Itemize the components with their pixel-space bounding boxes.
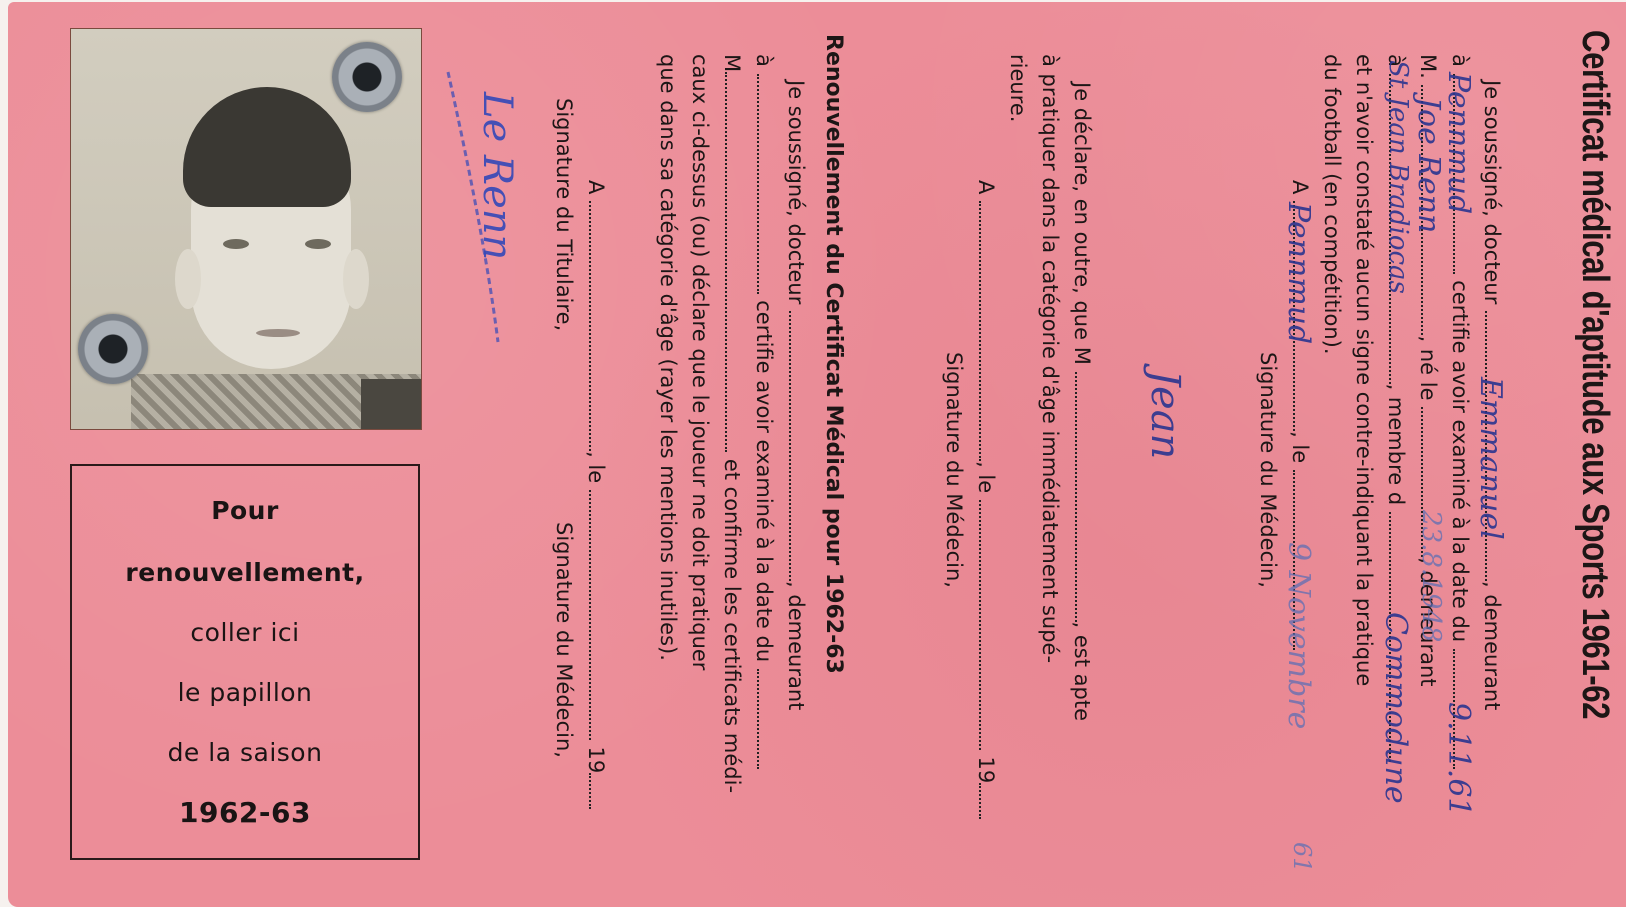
- handwritten-doctor-name: Emmanuel: [1473, 377, 1508, 540]
- declaration-place-date: A , le 19: [974, 180, 998, 819]
- text: à: [1448, 54, 1472, 67]
- signature-flourish-icon: [438, 42, 518, 352]
- renewal-place-date: A , le 19: [584, 180, 608, 809]
- doctor-signature: Jean: [1142, 370, 1188, 459]
- declaration-year-field: [979, 783, 997, 819]
- declaration-place-field: [979, 201, 997, 461]
- renewal-sticker-box: Pour renouvellement, coller ici le papil…: [70, 464, 420, 860]
- text: , le: [974, 461, 998, 493]
- text: Je soussigné, docteur: [784, 80, 808, 304]
- text: A: [1288, 180, 1312, 194]
- text: Je déclare, en outre, que M: [1070, 82, 1094, 365]
- sticker-line: renouvellement,: [72, 558, 418, 587]
- handwritten-date: 9 Novembre: [1281, 542, 1316, 729]
- text: , le: [584, 451, 608, 483]
- renewal-line-1: Je soussigné, docteur , demeurant: [784, 80, 808, 710]
- sticker-line: Pour: [72, 496, 418, 525]
- declaration-line-3: rieure.: [1006, 54, 1030, 122]
- handwritten-exam-date: 9.11.61: [1441, 702, 1476, 817]
- text: , demeurant: [1480, 581, 1504, 710]
- text: , est apte: [1070, 622, 1094, 721]
- text: Je soussigné, docteur: [1480, 80, 1504, 304]
- text: A: [974, 180, 998, 194]
- text: et confirme les certificats médi-: [720, 459, 744, 793]
- renewal-line-4: caux ci-dessus (ou) déclare que le joueu…: [688, 54, 712, 670]
- text: , demeurant: [784, 581, 808, 710]
- declaration-line-2: à pratiquer dans la catégorie d'âge immé…: [1038, 54, 1062, 663]
- renewal-line-3: M et confirme les certificats médi-: [720, 54, 744, 793]
- text: 19: [974, 757, 998, 784]
- eyelet-icon: [78, 314, 148, 384]
- renewal-city-field: [757, 74, 775, 294]
- handwritten-birth-date: 23.8.1948: [1416, 510, 1446, 642]
- text: M.: [1416, 54, 1440, 79]
- handwritten-place: Pennmud: [1281, 202, 1316, 344]
- cert-line-football: du football (en compétition).: [1320, 54, 1344, 355]
- handwritten-doctor-city: Pennmud: [1441, 72, 1476, 214]
- sticker-line: de la saison: [72, 738, 418, 767]
- sticker-line: le papillon: [72, 678, 418, 707]
- renewal-year-field: [589, 773, 607, 809]
- cert-line-no-contraindication: et n'avoir constaté aucun signe contre-i…: [1352, 54, 1376, 686]
- handwritten-player-city: St Jean Bradiocas: [1383, 60, 1413, 294]
- declaration-player-field: [1075, 372, 1093, 622]
- declaration-date-field: [979, 500, 997, 750]
- text: certifie avoir examiné à la date du: [752, 300, 776, 662]
- text: , né le: [1416, 335, 1440, 400]
- text: certifie avoir examiné à la date du: [1448, 280, 1472, 642]
- text: , le: [1288, 431, 1312, 463]
- renewal-place-field: [589, 201, 607, 451]
- text: A: [584, 180, 608, 194]
- renewal-line-5: que dans sa catégorie d'âge (rayer les m…: [656, 54, 680, 661]
- declaration-signature-label: Signature du Médecin,: [942, 352, 966, 588]
- renewal-date-field: [589, 490, 607, 740]
- renewal-doctor-field: [789, 311, 807, 581]
- declaration-line-1: Je déclare, en outre, que M , est apte: [1070, 82, 1094, 721]
- sticker-line: coller ici: [72, 618, 418, 647]
- renewal-player-field: [725, 72, 743, 452]
- sticker-line: 1962-63: [72, 796, 418, 829]
- medical-certificate-card: Pour renouvellement, coller ici le papil…: [8, 2, 1626, 907]
- handwritten-player-name: Joe Renn: [1411, 97, 1446, 233]
- text: 19: [584, 747, 608, 774]
- handwritten-year: 61: [1288, 842, 1316, 873]
- renewal-exam-date-field: [757, 669, 775, 769]
- renewal-title: Renouvellement du Certificat Médical pou…: [821, 34, 846, 674]
- text: M: [720, 54, 744, 72]
- text: , membre d: [1384, 384, 1408, 506]
- eyelet-icon: [332, 42, 402, 112]
- renewal-doctor-signature-label: Signature du Médecin,: [552, 522, 576, 758]
- certificate-title: Certificat médical d'aptitude aux Sports…: [1573, 30, 1616, 719]
- handwritten-club: Commodune: [1378, 612, 1413, 804]
- holder-signature-label: Signature du Titulaire,: [552, 98, 576, 331]
- text: à: [752, 54, 776, 67]
- cert-signature-label: Signature du Médecin,: [1256, 352, 1280, 588]
- renewal-line-2: à certifie avoir examiné à la date du: [752, 54, 776, 769]
